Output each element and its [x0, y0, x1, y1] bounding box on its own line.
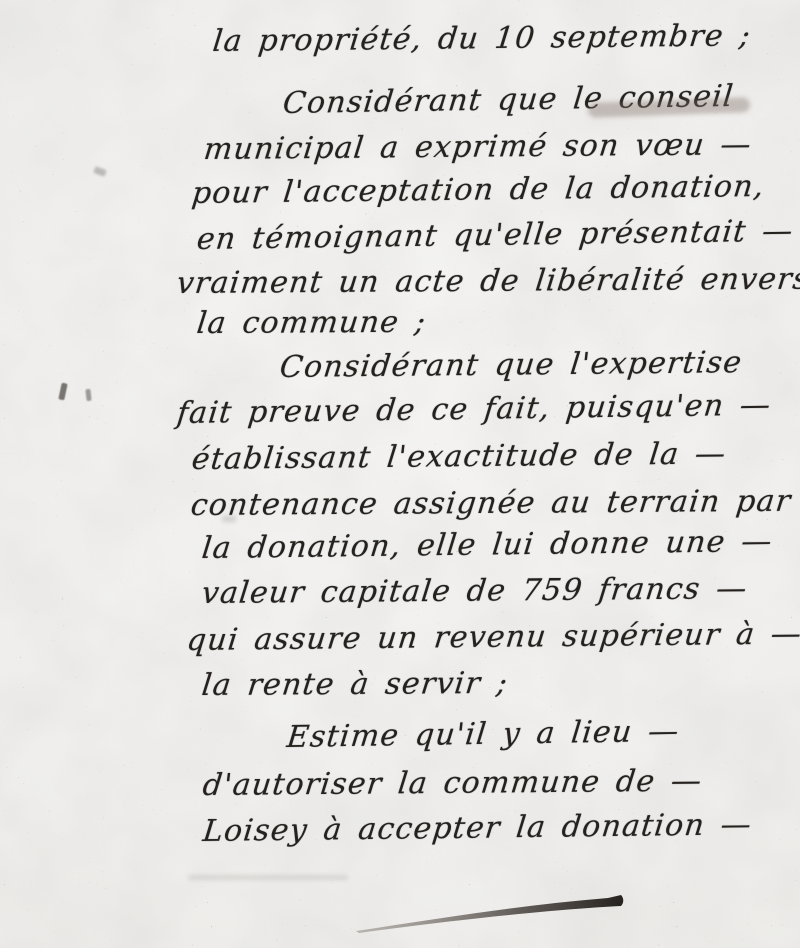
manuscript-line-15: la rente à servir ; [200, 666, 510, 703]
ink-speck [85, 389, 91, 401]
manuscript-line-6: vraiment un acte de libéralité envers [175, 262, 800, 301]
faint-smear [188, 875, 348, 880]
manuscript-line-4: pour l'acceptation de la donation, [190, 169, 766, 211]
manuscript-line-8: Considérant que l'expertise [278, 345, 744, 385]
manuscript-line-10: établissant l'exactitude de la — [190, 436, 728, 477]
manuscript-line-11: contenance assignée au terrain par [189, 484, 793, 523]
manuscript-line-9: fait preuve de ce fait, puisqu'en — [175, 388, 773, 431]
manuscript-page: la propriété, du 10 septembre ; Considér… [0, 0, 800, 948]
manuscript-line-14: qui assure un revenu supérieur à — [185, 617, 800, 658]
manuscript-line-17: d'autoriser la commune de — [201, 764, 704, 803]
ink-speck [58, 383, 67, 401]
ink-speck [222, 516, 236, 522]
manuscript-line-5: en témoignant qu'elle présentait — [195, 214, 795, 257]
manuscript-line-7: la commune ; [195, 305, 428, 341]
ink-speck [93, 166, 107, 177]
manuscript-line-1: la propriété, du 10 septembre ; [211, 18, 753, 59]
manuscript-line-13: valeur capitale de 759 francs — [200, 571, 750, 611]
manuscript-line-16: Estime qu'il y a lieu — [285, 714, 681, 755]
manuscript-line-18: Loisey à accepter la donation — [201, 807, 754, 849]
manuscript-line-3: municipal a exprimé son vœu — [202, 127, 754, 167]
manuscript-line-12: la donation, elle lui donne une — [200, 524, 774, 566]
